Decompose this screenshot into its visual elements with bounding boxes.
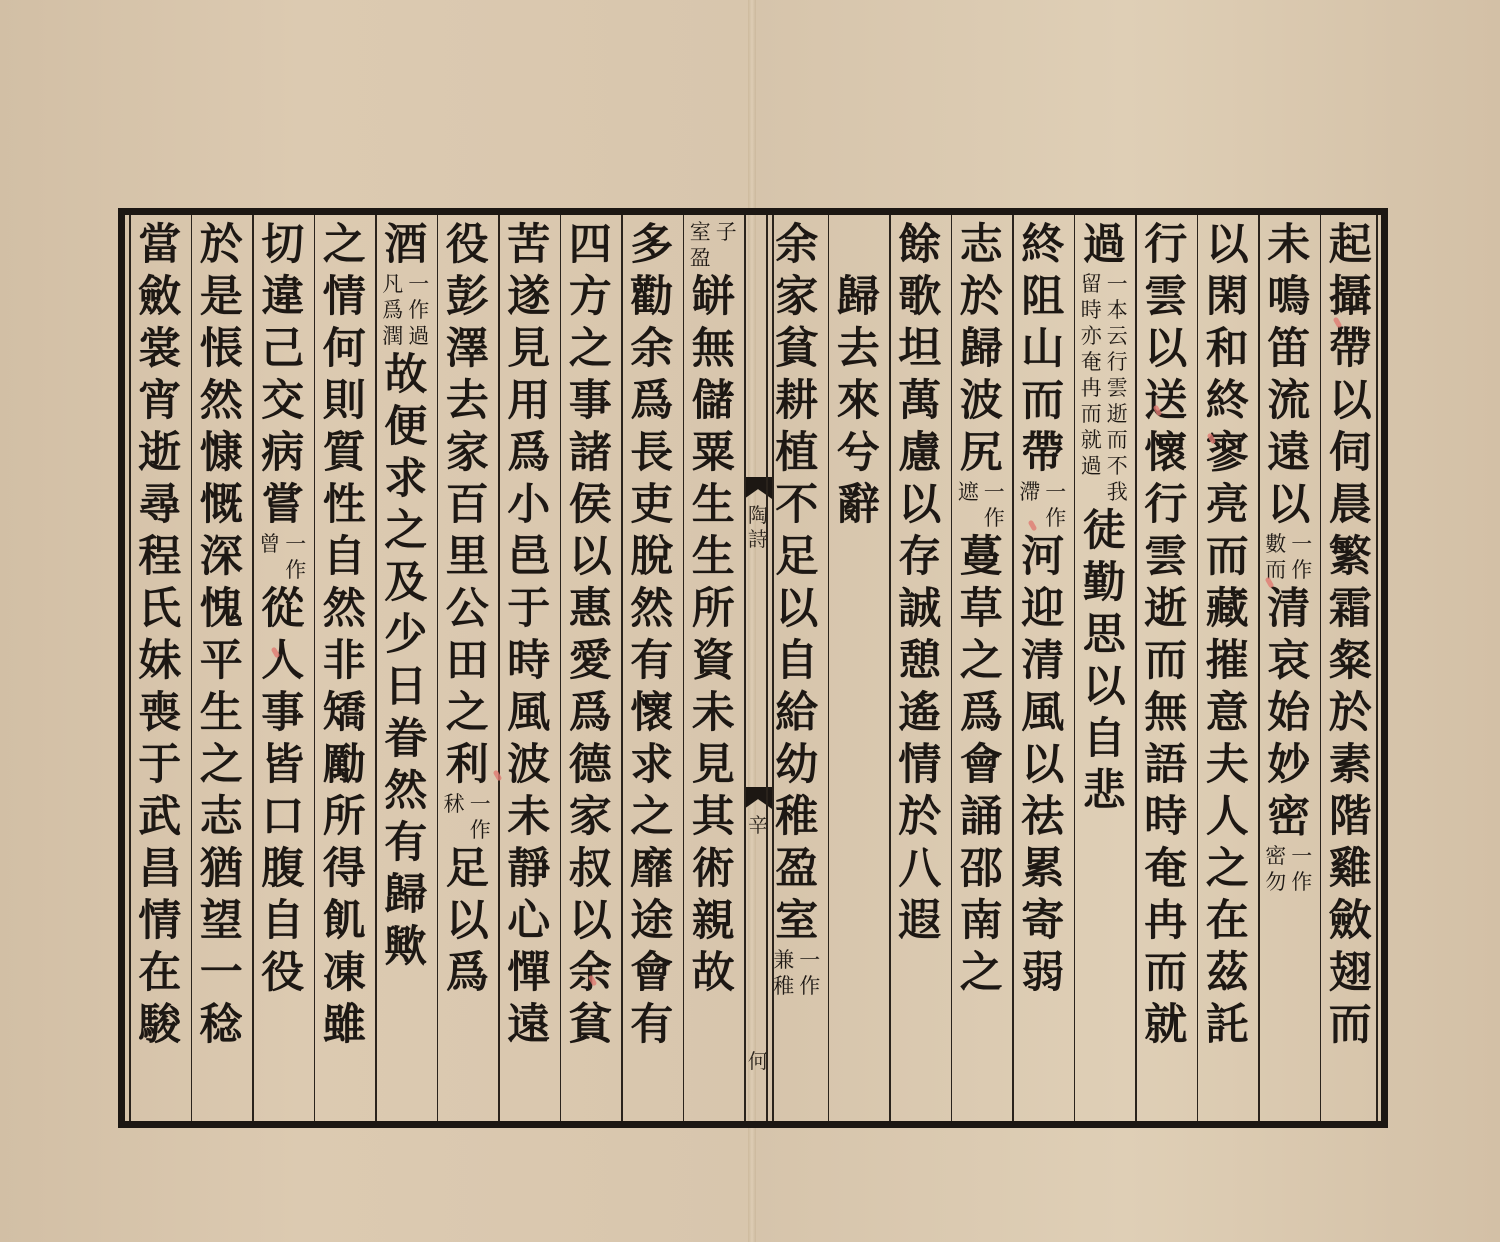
- left-column-3: 四方之事諸侯以惠愛爲德家叔以余貧: [560, 215, 622, 1125]
- note-char: 過: [407, 323, 431, 349]
- text-char: 累: [1017, 843, 1069, 895]
- note-subcolumn: 一作: [284, 531, 308, 583]
- text-char: 百: [441, 479, 493, 531]
- text-char: 性: [318, 479, 370, 531]
- note-char: 作: [468, 817, 492, 843]
- text-char: 八: [894, 843, 946, 895]
- text-char: 皆: [257, 739, 309, 791]
- text-char: 爲: [503, 427, 555, 479]
- note-char: 不: [1105, 453, 1129, 479]
- text-char: 清: [1017, 635, 1069, 687]
- left-column-rule: [560, 215, 562, 1121]
- text-char: 余: [564, 947, 616, 999]
- text-char: 室: [771, 895, 823, 947]
- text-char: 之: [195, 739, 247, 791]
- text-char: 以: [771, 583, 823, 635]
- text-char: 歌: [894, 271, 946, 323]
- note-subcolumn: 一作: [1290, 843, 1314, 895]
- text-char: 之: [564, 323, 616, 375]
- note-char: 作: [1044, 505, 1068, 531]
- note-char: 一: [1290, 843, 1314, 869]
- text-char: 餘: [894, 219, 946, 271]
- interlinear-note: 一作密勿: [1262, 843, 1316, 895]
- text-char: 里: [441, 531, 493, 583]
- banxin-char: 陶: [748, 503, 768, 527]
- note-char: 雲: [1105, 375, 1129, 401]
- text-char: 故: [687, 947, 739, 999]
- text-char: 人: [257, 635, 309, 687]
- text-char: 在: [1201, 895, 1253, 947]
- text-char: 懷: [626, 687, 678, 739]
- text-char: 自: [1078, 713, 1130, 765]
- text-char: 波: [955, 375, 1007, 427]
- text-char: 生: [687, 479, 739, 531]
- text-char: 晨: [1324, 479, 1376, 531]
- text-char: 而: [1201, 531, 1253, 583]
- text-char: 靡: [626, 843, 678, 895]
- text-char: 送: [1140, 375, 1192, 427]
- text-char: 志: [955, 219, 1007, 271]
- text-char: 翅: [1324, 947, 1376, 999]
- note-subcolumn: 一作: [1290, 531, 1314, 583]
- text-char: 事: [564, 375, 616, 427]
- left-column-7: 之情何則質性自然非矯勵所得飢凍雖: [314, 215, 376, 1125]
- text-char: 志: [195, 791, 247, 843]
- text-char: 田: [441, 635, 493, 687]
- text-char: 生: [687, 531, 739, 583]
- text-char: 妹: [134, 635, 186, 687]
- text-char: 家: [771, 271, 823, 323]
- text-char: 悲: [1078, 765, 1130, 817]
- left-column-9: 於是悵然慷慨深愧平生之志猶望一稔: [191, 215, 253, 1125]
- note-char: 稚: [772, 973, 796, 999]
- text-char: 在: [134, 947, 186, 999]
- text-char: 迎: [1017, 583, 1069, 635]
- text-char: 憚: [503, 947, 555, 999]
- text-char: 腹: [257, 843, 309, 895]
- text-char: 昌: [134, 843, 186, 895]
- text-char: 夫: [1201, 739, 1253, 791]
- text-char: 生: [195, 687, 247, 739]
- text-char: 之: [955, 635, 1007, 687]
- note-char: 冉: [1079, 375, 1103, 401]
- right-column-rule: [828, 215, 830, 1121]
- text-char: 清: [1263, 583, 1315, 635]
- text-char: 多: [626, 219, 678, 271]
- text-char: 終: [1017, 219, 1069, 271]
- note-char: 一: [1044, 479, 1068, 505]
- note-char: 一: [798, 947, 822, 973]
- text-char: 見: [503, 323, 555, 375]
- text-char: 用: [503, 375, 555, 427]
- text-char: 貧: [564, 999, 616, 1051]
- text-char: 萬: [894, 375, 946, 427]
- note-subcolumn: 曾: [258, 531, 282, 583]
- note-subcolumn: 密勿: [1264, 843, 1288, 895]
- note-char: 奄: [1079, 349, 1103, 375]
- text-char: 彭: [441, 271, 493, 323]
- text-char: 徒: [1078, 505, 1130, 557]
- text-char: 閑: [1201, 271, 1253, 323]
- right-column-9: 歸去來兮辭: [828, 215, 890, 1177]
- text-char: 幼: [771, 739, 823, 791]
- note-char: 作: [1290, 869, 1314, 895]
- text-char: 日: [380, 661, 432, 713]
- note-char: 勿: [1264, 869, 1288, 895]
- note-char: 爲: [381, 297, 405, 323]
- text-char: 之: [441, 687, 493, 739]
- text-char: 冉: [1140, 895, 1192, 947]
- note-subcolumn: 室盈: [688, 219, 712, 271]
- text-char: 求: [626, 739, 678, 791]
- text-char: 少: [380, 609, 432, 661]
- text-char: 酒: [380, 219, 432, 271]
- text-char: 役: [441, 219, 493, 271]
- text-char: 武: [134, 791, 186, 843]
- left-column-rule: [683, 215, 685, 1121]
- left-column-rule: [621, 215, 623, 1121]
- note-char: 曾: [258, 531, 282, 557]
- text-char: 質: [318, 427, 370, 479]
- text-char: 侯: [564, 479, 616, 531]
- text-char: 愛: [564, 635, 616, 687]
- note-subcolumn: 數而: [1264, 531, 1288, 583]
- text-char: 慨: [195, 479, 247, 531]
- text-char: 然: [318, 583, 370, 635]
- text-char: 逝: [1140, 583, 1192, 635]
- right-column-3: 以閑和終寥亮而藏摧意夫人之在茲託: [1197, 215, 1259, 1125]
- text-char: 歟: [380, 921, 432, 973]
- text-char: 時: [503, 635, 555, 687]
- text-char: 及: [380, 557, 432, 609]
- text-char: 尋: [134, 479, 186, 531]
- text-char: 歸: [955, 323, 1007, 375]
- text-char: 自: [257, 895, 309, 947]
- text-char: 有: [626, 999, 678, 1051]
- text-char: 然: [626, 583, 678, 635]
- text-char: 役: [257, 947, 309, 999]
- note-char: 亦: [1079, 323, 1103, 349]
- text-char: 以: [1263, 479, 1315, 531]
- text-char: 以: [1201, 219, 1253, 271]
- text-char: 以: [1140, 323, 1192, 375]
- note-char: 作: [284, 557, 308, 583]
- text-char: 攝: [1324, 271, 1376, 323]
- text-char: 見: [687, 739, 739, 791]
- text-char: 去: [441, 375, 493, 427]
- interlinear-note: 一作過凡爲潤: [379, 271, 433, 349]
- text-char: 一: [195, 947, 247, 999]
- text-char: 盈: [771, 843, 823, 895]
- text-char: 茲: [1201, 947, 1253, 999]
- text-char: 耕: [771, 375, 823, 427]
- note-char: 子: [714, 219, 738, 245]
- right-column-10: 余家貧耕植不足以自給幼稚盈室一作兼稚: [766, 215, 828, 1125]
- right-column-8: 餘歌坦萬慮以存誠憩遙情於八遐: [889, 215, 951, 1125]
- text-char: 勸: [626, 271, 678, 323]
- note-subcolumn: 一作: [982, 479, 1006, 531]
- note-char: 一: [407, 271, 431, 297]
- text-char: 人: [1201, 791, 1253, 843]
- text-char: 託: [1201, 999, 1253, 1051]
- banxin-char: 詩: [748, 527, 768, 551]
- text-char: 情: [894, 739, 946, 791]
- text-char: 摧: [1201, 635, 1253, 687]
- text-char: 就: [1140, 999, 1192, 1051]
- text-char: 於: [955, 271, 1007, 323]
- text-char: 奄: [1140, 843, 1192, 895]
- text-char: 亮: [1201, 479, 1253, 531]
- text-char: 宵: [134, 375, 186, 427]
- text-char: 未: [1263, 219, 1315, 271]
- text-char: 矯: [318, 687, 370, 739]
- text-char: 脫: [626, 531, 678, 583]
- text-char: 行: [1140, 479, 1192, 531]
- note-subcolumn: 留時亦奄冉而就過: [1079, 271, 1103, 505]
- text-char: 會: [626, 947, 678, 999]
- text-char: 以: [441, 895, 493, 947]
- text-char: 靜: [503, 843, 555, 895]
- text-char: 足: [771, 531, 823, 583]
- note-char: 凡: [381, 271, 405, 297]
- text-char: 弱: [1017, 947, 1069, 999]
- text-char: 飢: [318, 895, 370, 947]
- note-char: 就: [1079, 427, 1103, 453]
- text-char: 余: [771, 219, 823, 271]
- note-char: 一: [982, 479, 1006, 505]
- note-char: 作: [1290, 557, 1314, 583]
- interlinear-note: 一作曾: [256, 531, 310, 583]
- right-column-1: 起攝帶以伺晨繁霜粲於素階雞斂翅而: [1320, 215, 1382, 1125]
- text-char: 于: [134, 739, 186, 791]
- text-char: 存: [894, 531, 946, 583]
- left-column-rule: [191, 215, 193, 1121]
- text-char: 事: [257, 687, 309, 739]
- text-char: 逝: [134, 427, 186, 479]
- right-column-rule: [1258, 215, 1260, 1121]
- text-char: 吏: [626, 479, 678, 531]
- text-char: 始: [1263, 687, 1315, 739]
- text-char: 起: [1324, 219, 1376, 271]
- text-char: 求: [380, 453, 432, 505]
- text-char: 而: [1017, 375, 1069, 427]
- text-char: 之: [380, 505, 432, 557]
- text-char: 遠: [1263, 427, 1315, 479]
- note-char: 而: [1105, 427, 1129, 453]
- right-column-7: 志於歸波尻一作遮蔓草之爲會誦邵南之: [951, 215, 1013, 1125]
- text-char: 諸: [564, 427, 616, 479]
- text-char: 意: [1201, 687, 1253, 739]
- interlinear-note: 一作兼稚: [770, 947, 824, 999]
- text-char: 帶: [1017, 427, 1069, 479]
- text-char: 雞: [1324, 843, 1376, 895]
- text-char: 情: [318, 271, 370, 323]
- text-char: 然: [195, 375, 247, 427]
- text-char: 慷: [195, 427, 247, 479]
- left-column-rule: [129, 215, 131, 1121]
- text-char: 勤: [1078, 557, 1130, 609]
- text-char: 口: [257, 791, 309, 843]
- interlinear-note: 一作滯: [1016, 479, 1070, 531]
- text-char: 藏: [1201, 583, 1253, 635]
- text-char: 凍: [318, 947, 370, 999]
- text-char: 以: [1324, 375, 1376, 427]
- text-char: 時: [1140, 791, 1192, 843]
- note-char: 而: [1079, 401, 1103, 427]
- text-char: 缾: [687, 271, 739, 323]
- note-char: 兼: [772, 947, 796, 973]
- text-char: 歸: [832, 271, 884, 323]
- text-char: 悵: [195, 323, 247, 375]
- right-column-rule: [766, 215, 768, 1121]
- note-char: 一: [284, 531, 308, 557]
- text-char: 猶: [195, 843, 247, 895]
- text-char: 然: [380, 765, 432, 817]
- text-char: 風: [1017, 687, 1069, 739]
- left-column-4: 苦遂見用爲小邑于時風波未靜心憚遠: [498, 215, 560, 1125]
- text-char: 稔: [195, 999, 247, 1051]
- note-char: 本: [1105, 297, 1129, 323]
- text-char: 歸: [380, 869, 432, 921]
- text-char: 家: [564, 791, 616, 843]
- text-char: 是: [195, 271, 247, 323]
- text-char: 眷: [380, 713, 432, 765]
- text-char: 尻: [955, 427, 1007, 479]
- text-char: 遂: [503, 271, 555, 323]
- text-char: 苦: [503, 219, 555, 271]
- right-column-4: 行雲以送懷行雲逝而無語時奄冉而就: [1135, 215, 1197, 1125]
- text-char: 以: [894, 479, 946, 531]
- text-char: 平: [195, 635, 247, 687]
- text-char: 風: [503, 687, 555, 739]
- text-char: 會: [955, 739, 1007, 791]
- right-column-2: 未鳴笛流遠以一作數而清哀始妙密一作密勿: [1258, 215, 1320, 1125]
- note-char: 盈: [688, 245, 712, 271]
- text-char: 愧: [195, 583, 247, 635]
- text-char: 所: [318, 791, 370, 843]
- right-column-rule: [889, 215, 891, 1121]
- right-column-rule: [951, 215, 953, 1121]
- text-char: 無: [1140, 687, 1192, 739]
- right-column-rule: [1197, 215, 1199, 1121]
- text-char: 蔓: [955, 531, 1007, 583]
- text-char: 祛: [1017, 791, 1069, 843]
- text-char: 長: [626, 427, 678, 479]
- text-char: 當: [134, 219, 186, 271]
- note-char: 作: [798, 973, 822, 999]
- text-char: 以: [1078, 661, 1130, 713]
- text-char: 和: [1201, 323, 1253, 375]
- note-char: 留: [1079, 271, 1103, 297]
- text-char: 語: [1140, 739, 1192, 791]
- text-char: 密: [1263, 791, 1315, 843]
- text-char: 行: [1140, 219, 1192, 271]
- left-column-2: 多勸余爲長吏脫然有懷求之靡途會有: [621, 215, 683, 1125]
- text-char: 於: [1324, 687, 1376, 739]
- note-char: 滯: [1018, 479, 1042, 505]
- note-subcolumn: 一作過: [407, 271, 431, 349]
- interlinear-note: 一作秫: [440, 791, 494, 843]
- text-char: 其: [687, 791, 739, 843]
- text-char: 邵: [955, 843, 1007, 895]
- text-char: 望: [195, 895, 247, 947]
- text-char: 之: [1201, 843, 1253, 895]
- note-char: 一: [1290, 531, 1314, 557]
- note-char: 室: [688, 219, 712, 245]
- text-char: 而: [1140, 947, 1192, 999]
- note-subcolumn: 一作: [468, 791, 492, 843]
- interlinear-note: 一本云行雲逝而不我留時亦奄冉而就過: [1077, 271, 1131, 505]
- text-char: 公: [441, 583, 493, 635]
- text-char: 南: [955, 895, 1007, 947]
- text-char: 慮: [894, 427, 946, 479]
- left-column-rule: [375, 215, 377, 1121]
- note-char: 秫: [442, 791, 466, 817]
- text-char: 帶: [1324, 323, 1376, 375]
- right-column-rule: [1320, 215, 1322, 1121]
- text-char: 哀: [1263, 635, 1315, 687]
- text-char: 己: [257, 323, 309, 375]
- right-column-5: 過一本云行雲逝而不我留時亦奄冉而就過徒勤思以自悲: [1074, 215, 1136, 1125]
- text-char: 來: [832, 375, 884, 427]
- right-column-6: 終阻山而帶一作滯河迎清風以祛累寄弱: [1012, 215, 1074, 1125]
- text-char: 未: [503, 791, 555, 843]
- note-char: 潤: [381, 323, 405, 349]
- text-char: 階: [1324, 791, 1376, 843]
- note-subcolumn: 遮: [956, 479, 980, 531]
- text-char: 素: [1324, 739, 1376, 791]
- text-char: 便: [380, 401, 432, 453]
- banxin-rule: [772, 215, 774, 1121]
- right-column-rule: [1074, 215, 1076, 1121]
- text-char: 故: [380, 349, 432, 401]
- text-char: 親: [687, 895, 739, 947]
- text-char: 有: [380, 817, 432, 869]
- text-char: 嘗: [257, 479, 309, 531]
- text-char: 惠: [564, 583, 616, 635]
- text-char: 無: [687, 323, 739, 375]
- text-char: 草: [955, 583, 1007, 635]
- text-char: 方: [564, 271, 616, 323]
- text-char: 爲: [564, 687, 616, 739]
- text-char: 之: [626, 791, 678, 843]
- banxin-char: 何: [748, 1049, 768, 1073]
- text-char: 則: [318, 375, 370, 427]
- text-char: 河: [1017, 531, 1069, 583]
- text-char: 終: [1201, 375, 1253, 427]
- text-char: 給: [771, 687, 823, 739]
- note-char: 作: [407, 297, 431, 323]
- left-column-10: 當斂裳宵逝尋程氏妹喪于武昌情在駿: [129, 215, 191, 1125]
- text-char: 切: [257, 219, 309, 271]
- text-char: 利: [441, 739, 493, 791]
- text-char: 寄: [1017, 895, 1069, 947]
- text-char: 爲: [955, 687, 1007, 739]
- note-subcolumn: 凡爲潤: [381, 271, 405, 349]
- text-char: 於: [894, 791, 946, 843]
- banxin-rule: [744, 215, 746, 1121]
- text-char: 氏: [134, 583, 186, 635]
- text-char: 過: [1078, 219, 1130, 271]
- text-char: 有: [626, 635, 678, 687]
- text-char: 術: [687, 843, 739, 895]
- note-char: 密: [1264, 843, 1288, 869]
- interlinear-note: 子室盈: [686, 219, 740, 271]
- interlinear-note: 一作數而: [1262, 531, 1316, 583]
- text-char: 德: [564, 739, 616, 791]
- text-char: 邑: [503, 531, 555, 583]
- text-char: 從: [257, 583, 309, 635]
